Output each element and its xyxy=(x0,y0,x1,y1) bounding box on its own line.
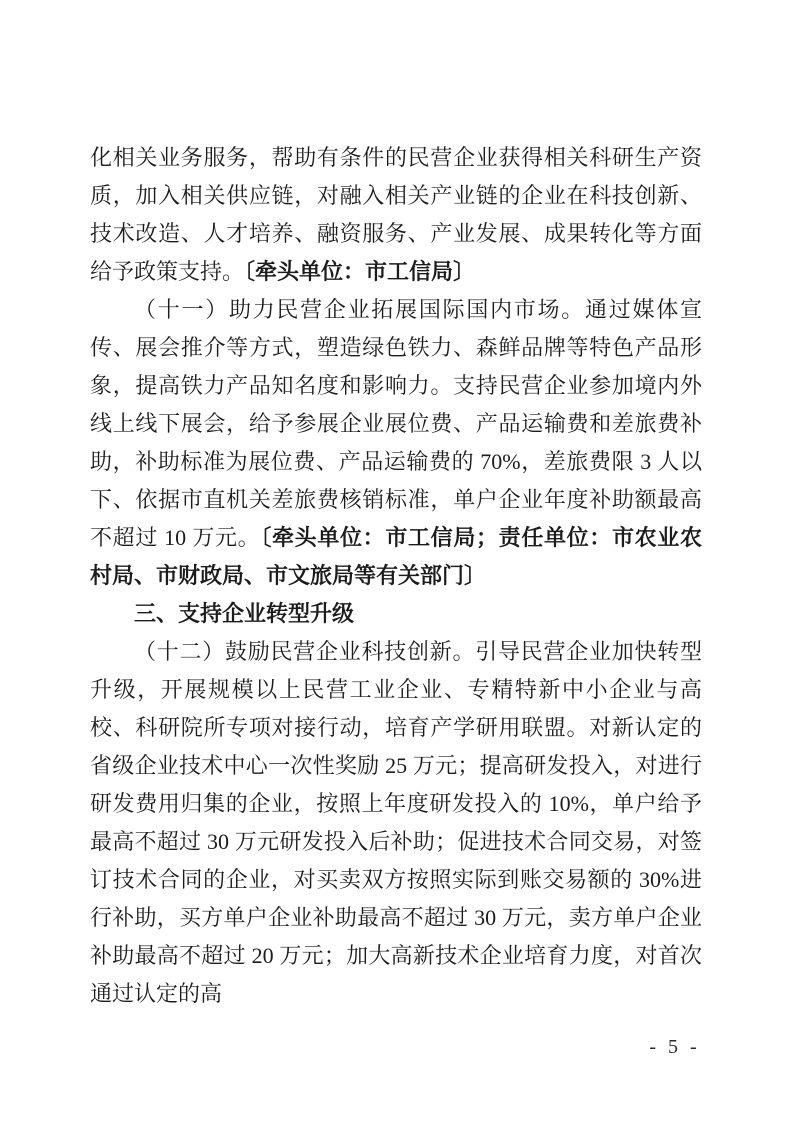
paragraph-continuation: 化相关业务服务，帮助有条件的民营企业获得相关科研生产资质，加入相关供应链，对融入… xyxy=(90,139,702,291)
document-body: 化相关业务服务，帮助有条件的民营企业获得相关科研生产资质，加入相关供应链，对融入… xyxy=(90,139,702,1013)
paragraph-item-12: （十二）鼓励民营企业科技创新。引导民营企业加快转型升级，开展规模以上民营工业企业… xyxy=(90,633,702,1013)
responsible-unit-note: 〔牵头单位：市工信局〕 xyxy=(244,259,475,284)
page-number: - 5 - xyxy=(628,1033,718,1061)
item-12-body-text: 引导民营企业加快转型升级，开展规模以上民营工业企业、专精特新中小企业与高校、科研… xyxy=(90,639,702,1006)
item-12-lead-in: （十二）鼓励民营企业科技创新。 xyxy=(134,639,475,664)
paragraph-item-11: （十一）助力民营企业拓展国际国内市场。通过媒体宣传、展会推介等方式，塑造绿色铁力… xyxy=(90,291,702,595)
item-11-body-text: 通过媒体宣传、展会推介等方式，塑造绿色铁力、森鲜品牌等特色产品形象，提高铁力产品… xyxy=(90,297,702,550)
item-11-lead-in: （十一）助力民营企业拓展国际国内市场。 xyxy=(134,297,585,322)
document-page: 化相关业务服务，帮助有条件的民营企业获得相关科研生产资质，加入相关供应链，对融入… xyxy=(0,0,793,1122)
section-heading-3: 三、支持企业转型升级 xyxy=(90,595,702,633)
